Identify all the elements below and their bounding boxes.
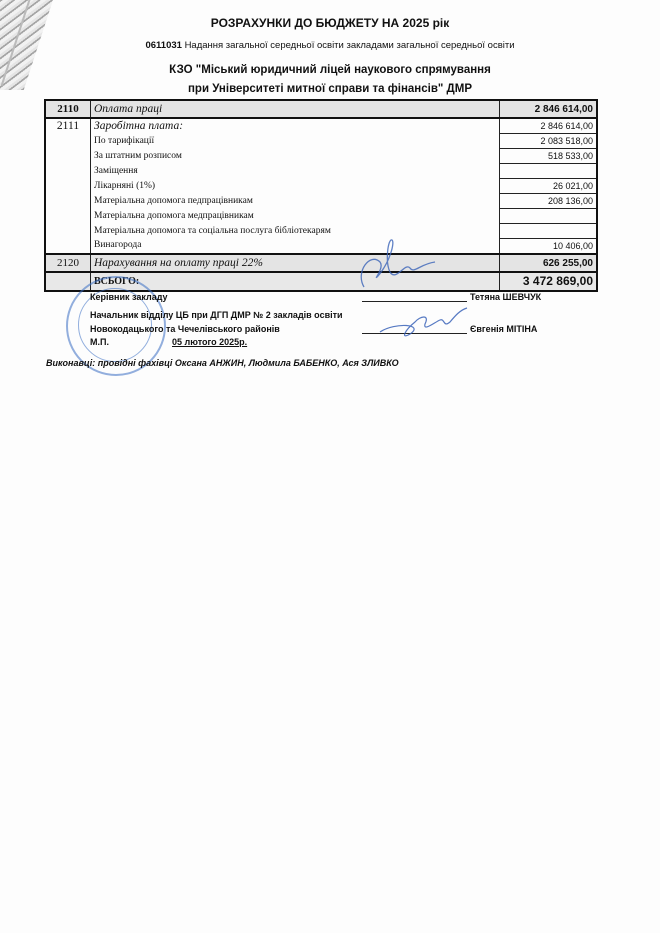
row-value: 2 846 614,00 [500, 118, 598, 134]
row-code [45, 164, 91, 179]
row-value: 626 255,00 [500, 254, 598, 272]
table-row: По тарифікації2 083 518,00 [45, 134, 597, 149]
table-row: Матеріальна допомога медпрацівникам [45, 209, 597, 224]
row-label: Винагорода [91, 239, 500, 255]
row-code: 2120 [45, 254, 91, 272]
row-label: Нарахування на оплату праці 22% [91, 254, 500, 272]
row-label: Заробітна плата: [91, 118, 500, 134]
row-code [45, 149, 91, 164]
head-title: Керівник закладу [90, 292, 168, 302]
seal-label: М.П. [90, 337, 109, 347]
row-code [45, 134, 91, 149]
row-label: ВСЬОГО: [91, 272, 500, 291]
row-value: 26 021,00 [500, 179, 598, 194]
document-date: 05 лютого 2025р. [172, 337, 247, 347]
row-code: 2111 [45, 118, 91, 134]
document-title: РОЗРАХУНКИ ДО БЮДЖЕТУ НА 2025 рік [0, 16, 660, 30]
program-code: 0611031 [145, 40, 181, 51]
table-row: Матеріальна допомога та соціальна послуг… [45, 224, 597, 239]
row-value: 208 136,00 [500, 194, 598, 209]
row-value: 2 846 614,00 [500, 100, 598, 118]
organization-line-1: КЗО "Міський юридичний ліцей наукового с… [0, 61, 660, 80]
row-code [45, 209, 91, 224]
row-code [45, 194, 91, 209]
row-value: 2 083 518,00 [500, 134, 598, 149]
row-value: 518 533,00 [500, 149, 598, 164]
row-value [500, 224, 598, 239]
row-code [45, 224, 91, 239]
dept-title-line-2: Новокодацького та Чечелівського районів [90, 324, 280, 334]
dept-name: Євгенія МІТІНА [470, 324, 537, 334]
table-row: 2111Заробітна плата:2 846 614,00 [45, 118, 597, 134]
table-row: 2110Оплата праці2 846 614,00 [45, 100, 597, 118]
row-label: За штатним розписом [91, 149, 500, 164]
executors-line: Виконавці: провідні фахівці Оксана АНЖИН… [46, 358, 399, 368]
row-code [45, 239, 91, 255]
row-value: 3 472 869,00 [500, 272, 598, 291]
row-label: Матеріальна допомога медпрацівникам [91, 209, 500, 224]
table-row: 2120Нарахування на оплату праці 22%626 2… [45, 254, 597, 272]
row-label: По тарифікації [91, 134, 500, 149]
head-signature-line [362, 301, 467, 302]
dept-signature-line [362, 333, 467, 334]
organization-name: КЗО "Міський юридичний ліцей наукового с… [0, 61, 660, 99]
program-line: 0611031 Надання загальної середньої осві… [0, 40, 660, 51]
table-row: Матеріальна допомога педпрацівникам208 1… [45, 194, 597, 209]
table-row: За штатним розписом518 533,00 [45, 149, 597, 164]
row-label: Оплата праці [91, 100, 500, 118]
row-value: 10 406,00 [500, 239, 598, 255]
table-row: Лікарняні (1%)26 021,00 [45, 179, 597, 194]
budget-table: 2110Оплата праці2 846 614,002111Заробітн… [44, 99, 598, 292]
row-label: Лікарняні (1%) [91, 179, 500, 194]
row-value [500, 164, 598, 179]
program-name: Надання загальної середньої освіти закла… [185, 40, 515, 51]
row-label: Матеріальна допомога та соціальна послуг… [91, 224, 500, 239]
table-row: Заміщення [45, 164, 597, 179]
row-label: Матеріальна допомога педпрацівникам [91, 194, 500, 209]
row-value [500, 209, 598, 224]
row-code: 2110 [45, 100, 91, 118]
head-name: Тетяна ШЕВЧУК [470, 292, 541, 302]
organization-line-2: при Університеті митної справи та фінанс… [0, 80, 660, 99]
dept-signature-icon [375, 302, 470, 342]
table-row: Винагорода10 406,00 [45, 239, 597, 255]
row-code [45, 179, 91, 194]
dept-title-line-1: Начальник відділу ЦБ при ДГП ДМР № 2 зак… [90, 310, 343, 320]
row-label: Заміщення [91, 164, 500, 179]
